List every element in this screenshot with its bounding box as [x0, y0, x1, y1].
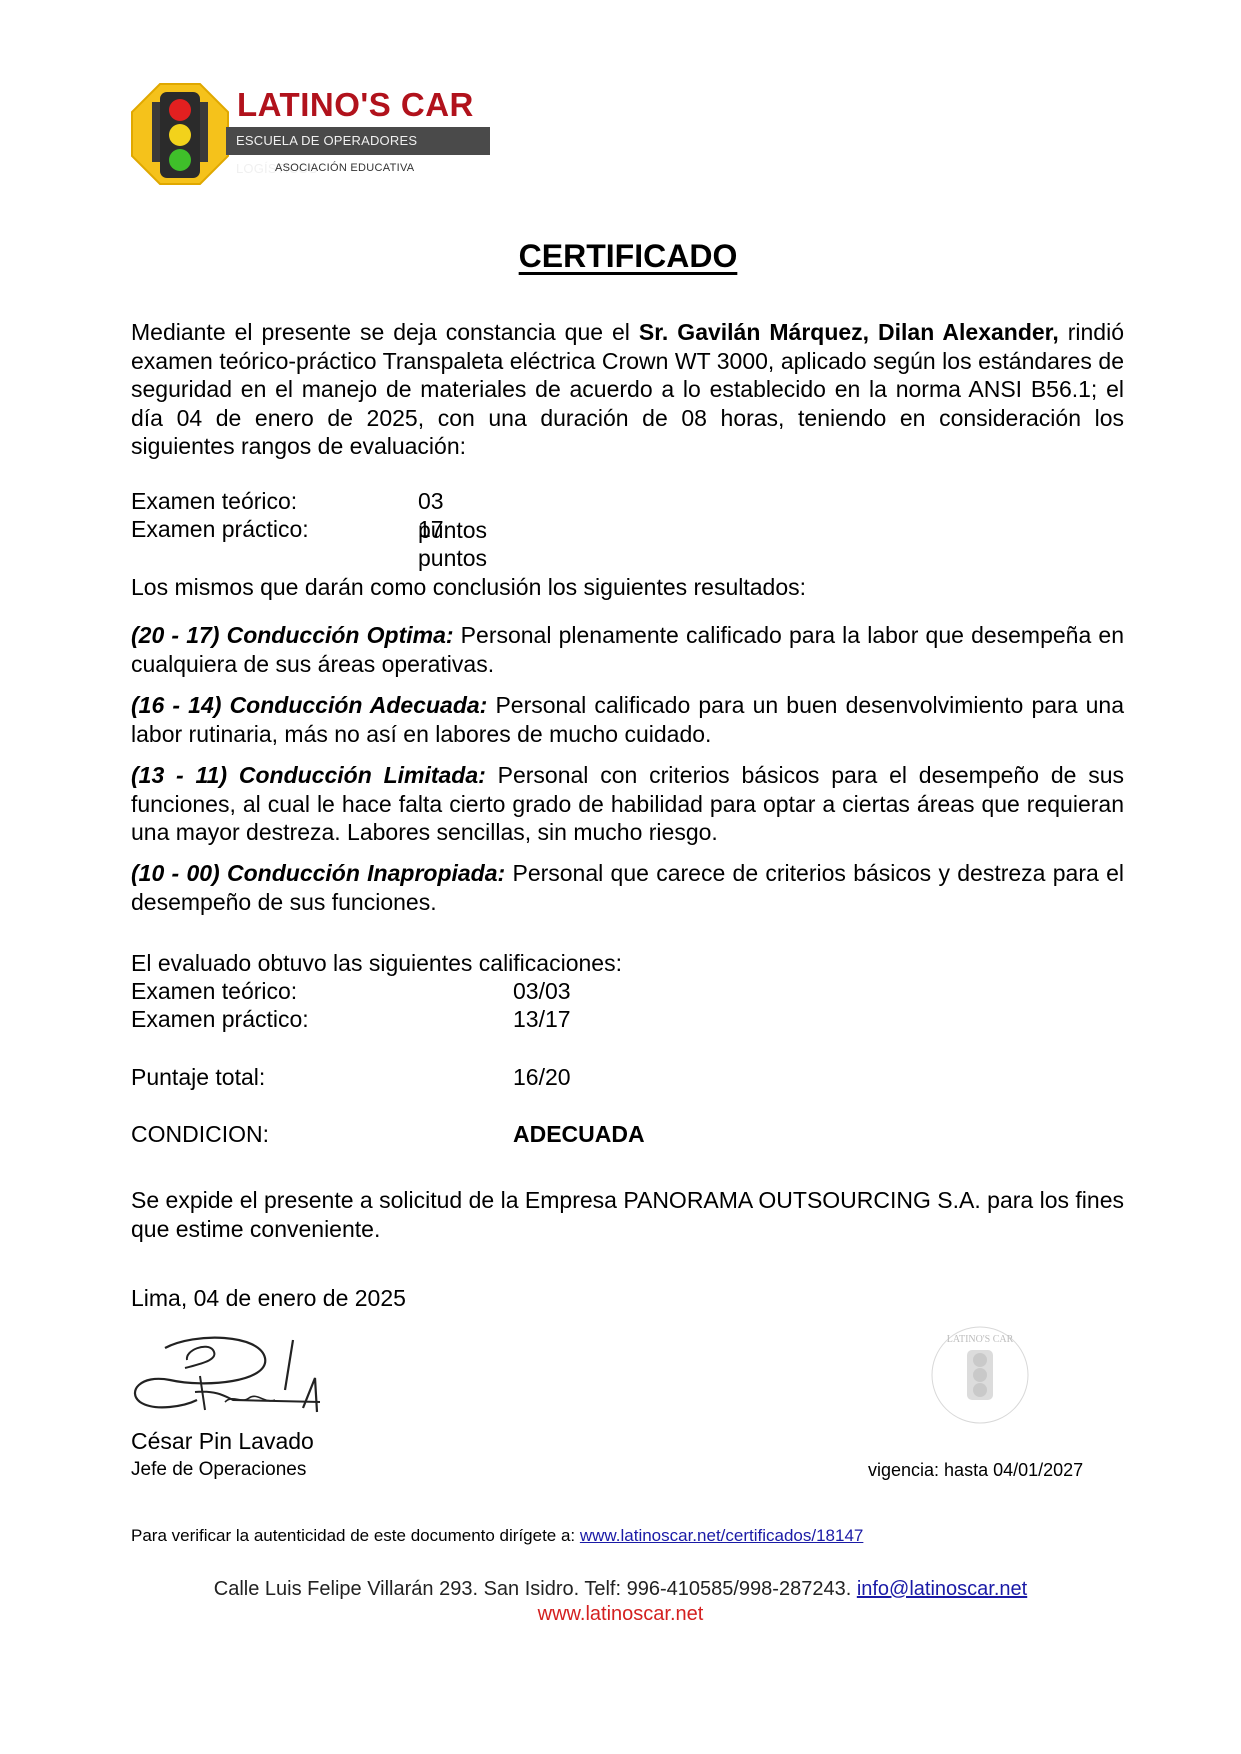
results-intro: El evaluado obtuvo las siguientes califi… [131, 949, 1124, 978]
range-label: Examen práctico: [131, 516, 309, 542]
recipient-name: Sr. Gavilán Márquez, Dilan Alexander, [639, 319, 1059, 345]
signer-name: César Pin Lavado [131, 1428, 314, 1455]
verify-text: Para verificar la autenticidad de este d… [131, 1526, 580, 1545]
address-line: Calle Luis Felipe Villarán 293. San Isid… [0, 1578, 1241, 1601]
result-label: Examen teórico: [131, 978, 297, 1004]
total-value: 16/20 [513, 1063, 571, 1092]
rubric-item-adecuada: (16 - 14) Conducción Adecuada: Personal … [131, 691, 1124, 748]
website-link[interactable]: www.latinoscar.net [0, 1603, 1241, 1626]
intro-paragraph: Mediante el presente se deja constancia … [131, 318, 1124, 461]
intro-prefix: Mediante el presente se deja constancia … [131, 319, 639, 345]
result-label: Examen práctico: [131, 1006, 309, 1032]
company-logo: LATINO'S CAR ESCUELA DE OPERADORES LOGÍS… [130, 80, 490, 188]
rubric-range: (20 - 17) Conducción Optima: [131, 622, 454, 648]
total-score-row: Puntaje total: 16/20 [131, 1063, 265, 1092]
seal-stamp-icon: LATINO'S CAR [925, 1320, 1035, 1430]
rubric-range: (10 - 00) Conducción Inapropiada: [131, 860, 505, 886]
signer-role: Jefe de Operaciones [131, 1459, 306, 1481]
condition-value: ADECUADA [513, 1120, 645, 1149]
result-row-theory: Examen teórico: 03/03 [131, 977, 297, 1006]
place-date: Lima, 04 de enero de 2025 [131, 1284, 406, 1313]
rubric-item-optima: (20 - 17) Conducción Optima: Personal pl… [131, 621, 1124, 678]
issued-for-paragraph: Se expide el presente a solicitud de la … [131, 1186, 1124, 1243]
result-value: 13/17 [513, 1005, 571, 1034]
condition-label: CONDICION: [131, 1121, 269, 1147]
signature-image [125, 1330, 340, 1420]
rubric-item-inapropiada: (10 - 00) Conducción Inapropiada: Person… [131, 859, 1124, 916]
rubric-range: (16 - 14) Conducción Adecuada: [131, 692, 487, 718]
range-row-practice: Examen práctico: 17 puntos [131, 515, 309, 544]
rubric-range: (13 - 11) Conducción Limitada: [131, 762, 486, 788]
range-row-theory: Examen teórico: 03 puntos [131, 487, 297, 516]
traffic-light-icon [130, 82, 230, 186]
email-link[interactable]: info@latinoscar.net [857, 1578, 1027, 1600]
total-label: Puntaje total: [131, 1064, 265, 1090]
condition-row: CONDICION: ADECUADA [131, 1120, 269, 1149]
verify-link[interactable]: www.latinoscar.net/certificados/18147 [580, 1526, 864, 1545]
rubric-item-limitada: (13 - 11) Conducción Limitada: Personal … [131, 761, 1124, 847]
address-text: Calle Luis Felipe Villarán 293. San Isid… [214, 1578, 857, 1600]
seal-text: LATINO'S CAR [947, 1334, 1014, 1345]
brand-tagline: ESCUELA DE OPERADORES LOGÍSTICOS [226, 127, 490, 155]
validity-date: vigencia: hasta 04/01/2027 [868, 1460, 1083, 1481]
result-row-practice: Examen práctico: 13/17 [131, 1005, 309, 1034]
range-label: Examen teórico: [131, 488, 297, 514]
brand-name: LATINO'S CAR [237, 86, 474, 124]
verify-line: Para verificar la autenticidad de este d… [131, 1526, 863, 1546]
conclusion-intro: Los mismos que darán como conclusión los… [131, 573, 1124, 602]
brand-subtitle: ASOCIACIÓN EDUCATIVA [275, 162, 414, 174]
document-title: CERTIFICADO [0, 238, 1241, 275]
result-value: 03/03 [513, 977, 571, 1006]
range-value: 17 puntos [418, 515, 487, 572]
